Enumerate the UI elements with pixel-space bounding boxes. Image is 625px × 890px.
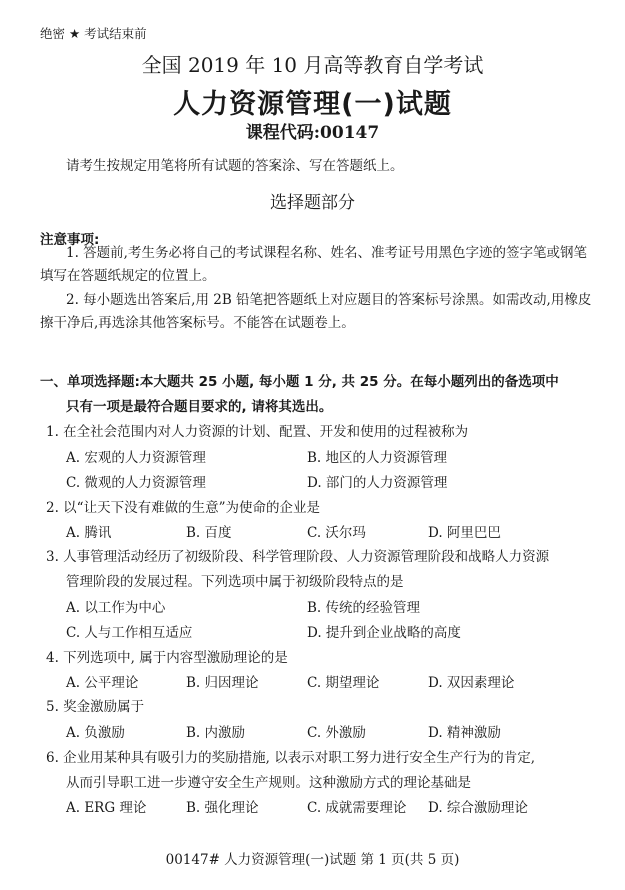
section-title: 选择题部分	[0, 188, 625, 213]
option-d: D. 阿里巴巴	[428, 521, 501, 541]
option-a: A. 腾讯	[66, 521, 111, 541]
option-b: B. 归因理论	[186, 671, 259, 691]
general-instruction: 请考生按规定用笔将所有试题的答案涂、写在答题纸上。	[66, 154, 404, 174]
question-stem: 2. 以“让天下没有难做的生意”为使命的企业是	[46, 496, 320, 516]
question-stem: 5. 奖金激励属于	[46, 695, 144, 715]
option-d: D. 提升到企业战略的高度	[307, 621, 461, 641]
question-stem-cont: 从而引导职工进一步遵守安全生产规则。这种激励方式的理论基础是	[66, 771, 471, 791]
option-a: A. 负激励	[66, 721, 125, 741]
note-item: 2. 每小题选出答案后,用 2B 铅笔把答题纸上对应题目的答案标号涂黑。如需改动…	[40, 289, 600, 335]
confidential-label: 绝密 ★ 考试结束前	[40, 24, 147, 42]
option-b: B. 传统的经验管理	[307, 596, 420, 616]
question-stem-cont: 管理阶段的发展过程。下列选项中属于初级阶段特点的是	[66, 570, 404, 590]
exam-title: 全国 2019 年 10 月高等教育自学考试	[0, 49, 625, 78]
page-footer: 00147# 人力资源管理(一)试题 第 1 页(共 5 页)	[0, 848, 625, 868]
subject-title: 人力资源管理(一)试题	[0, 82, 625, 121]
question-stem: 4. 下列选项中, 属于内容型激励理论的是	[46, 646, 288, 666]
option-c: C. 成就需要理论	[307, 796, 406, 816]
option-c: C. 沃尔玛	[307, 521, 366, 541]
part-heading: 一、单项选择题:本大题共 25 小题, 每小题 1 分, 共 25 分。在每小题…	[40, 370, 559, 390]
question-stem: 1. 在全社会范围内对人力资源的计划、配置、开发和使用的过程被称为	[46, 420, 468, 440]
option-c: C. 期望理论	[307, 671, 379, 691]
note-item: 1. 答题前,考生务必将自己的考试课程名称、姓名、准考证号用黑色字迹的签字笔或钢…	[40, 242, 600, 288]
option-d: D. 双因素理论	[428, 671, 514, 691]
option-a: A. 宏观的人力资源管理	[66, 446, 206, 466]
option-a: A. 以工作为中心	[66, 596, 165, 616]
option-b: B. 内激励	[186, 721, 245, 741]
option-a: A. 公平理论	[66, 671, 138, 691]
option-b: B. 百度	[186, 521, 232, 541]
option-c: C. 外激励	[307, 721, 366, 741]
option-c: C. 微观的人力资源管理	[66, 471, 206, 491]
option-c: C. 人与工作相互适应	[66, 621, 192, 641]
option-a: A. ERG 理论	[66, 796, 146, 816]
option-d: D. 部门的人力资源管理	[307, 471, 447, 491]
question-stem: 6. 企业用某种具有吸引力的奖励措施, 以表示对职工努力进行安全生产行为的肯定,	[46, 746, 535, 766]
option-b: B. 地区的人力资源管理	[307, 446, 447, 466]
option-d: D. 综合激励理论	[428, 796, 528, 816]
option-d: D. 精神激励	[428, 721, 501, 741]
course-code: 课程代码:00147	[0, 118, 625, 143]
question-stem: 3. 人事管理活动经历了初级阶段、科学管理阶段、人力资源管理阶段和战略人力资源	[46, 545, 549, 565]
option-b: B. 强化理论	[186, 796, 259, 816]
part-heading-cont: 只有一项是最符合题目要求的, 请将其选出。	[66, 395, 332, 415]
